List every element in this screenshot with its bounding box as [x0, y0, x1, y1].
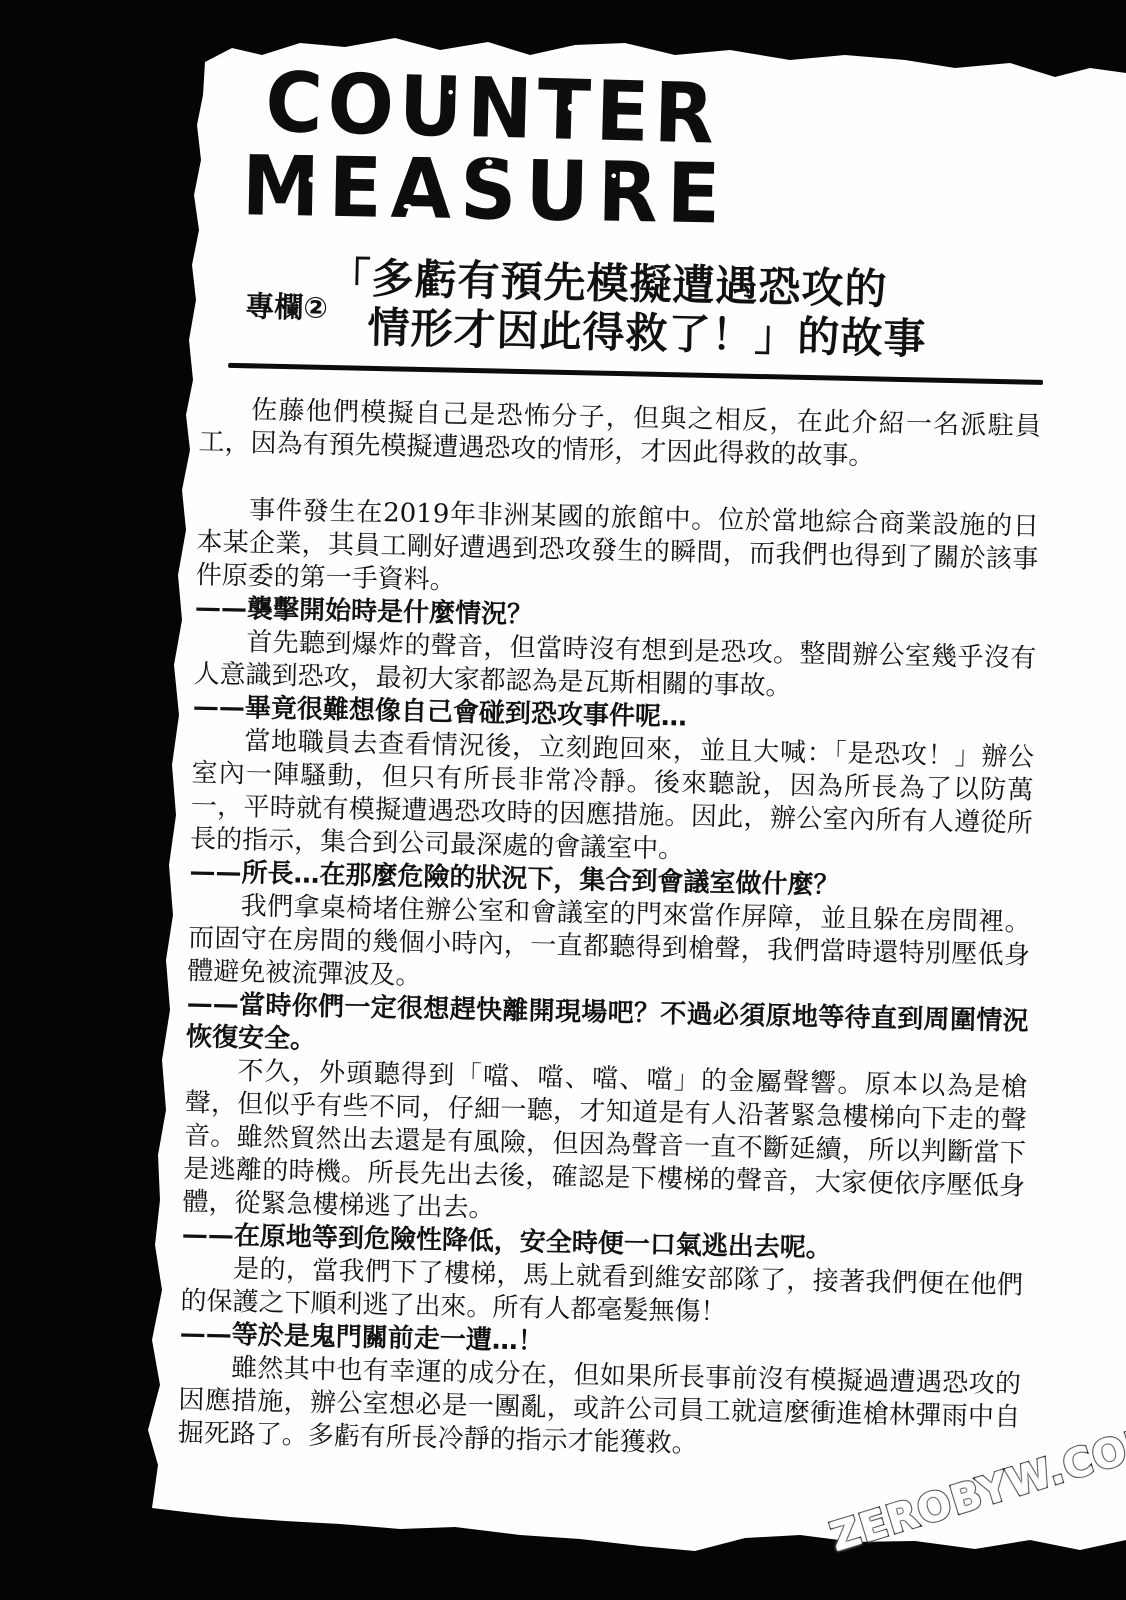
- paragraph: 事件發生在2019年非洲某國的旅館中。位於當地綜合商業設施的日本某企業，其員工剛…: [195, 494, 1039, 611]
- paragraph: 我們拿桌椅堵住辦公室和會議室的門來當作屏障，並且躲在房間裡。而固守在房間的幾個小…: [187, 890, 1031, 1007]
- paragraph: 雖然其中也有幸運的成分在，但如果所長事前沒有模擬過遭遇恐攻的因應措施，辦公室想必…: [177, 1352, 1021, 1469]
- column-number-label: 專欄②: [245, 284, 328, 327]
- scanned-page: COUNTER MEASURE 專欄② 「多虧有預先模擬遭遇恐攻的 情形才因此得…: [0, 0, 1126, 1600]
- article-body: 事件發生在2019年非洲某國的旅館中。位於當地綜合商業設施的日本某企業，其員工剛…: [177, 494, 1039, 1468]
- column-title: 「多虧有預先模擬遭遇恐攻的 情形才因此得救了！」的故事: [327, 254, 928, 364]
- column-title-line2: 情形才因此得救了！」的故事: [367, 304, 927, 364]
- heading-divider-rule: [228, 363, 1043, 385]
- page-content: COUNTER MEASURE 專欄② 「多虧有預先模擬遭遇恐攻的 情形才因此得…: [177, 49, 1048, 1468]
- column-heading: 專欄② 「多虧有預先模擬遭遇恐攻的 情形才因此得救了！」的故事: [244, 252, 1044, 366]
- masthead-title: COUNTER MEASURE: [241, 58, 1048, 243]
- intro-paragraph: 佐藤他們模擬自己是恐怖分子，但與之相反，在此介紹一名派駐員工，因為有預先模擬遭遇…: [198, 394, 1041, 478]
- paragraph: 不久，外頭聽得到「噹、噹、噹、噹」的金屬聲響。原本以為是槍聲，但似乎有些不同，仔…: [182, 1055, 1027, 1238]
- masthead-word-measure: MEASURE: [241, 142, 1046, 245]
- paragraph: 當地職員去查看情況後，立刻跑回來，並且大喊：「是恐攻！」辦公室內一陣騷動，但只有…: [190, 725, 1035, 875]
